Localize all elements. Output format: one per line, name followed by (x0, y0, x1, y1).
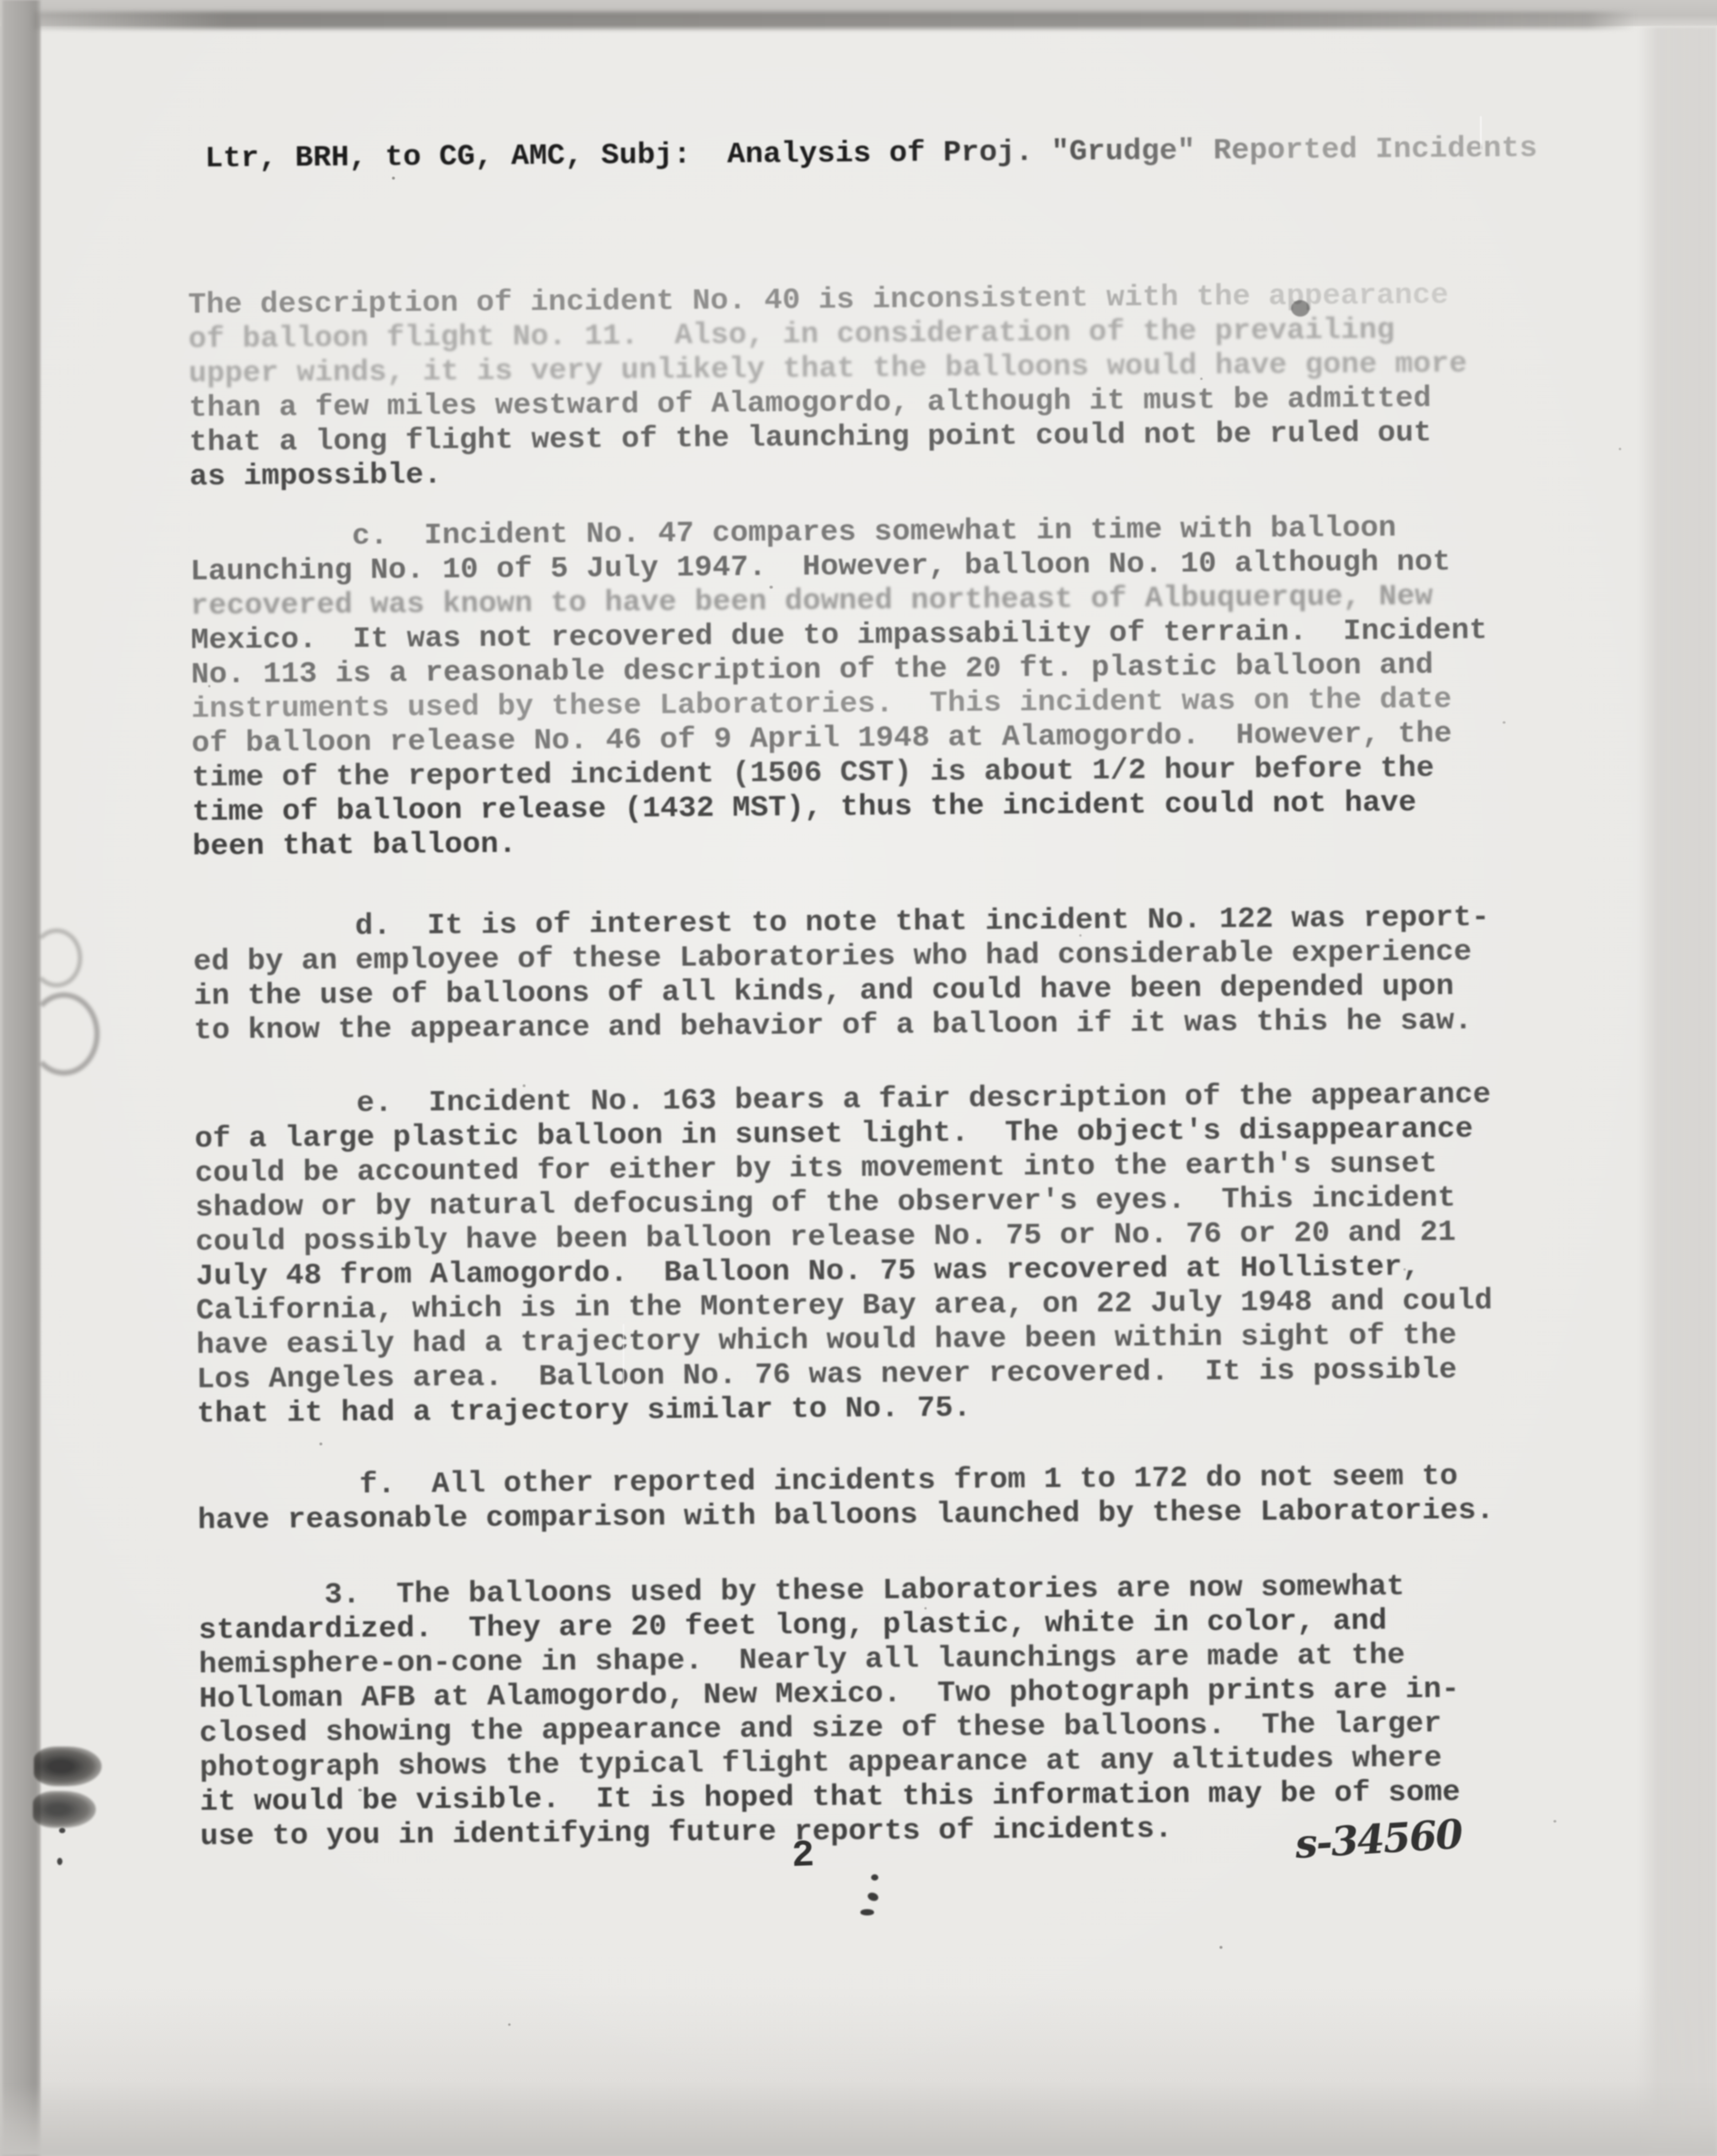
punch-hole-scribble (33, 1791, 96, 1828)
scan-scratch (1480, 116, 1482, 150)
ink-fleck (57, 1858, 62, 1865)
scan-edge-left (0, 0, 41, 2156)
typed-text-block: Ltr, BRH, to CG, AMC, Subj: Analysis of … (186, 62, 1551, 1853)
ink-fleck (871, 1874, 878, 1881)
dust-speck (1619, 448, 1621, 450)
dust-speck (1553, 1820, 1556, 1822)
punch-hole-scribble (34, 1746, 102, 1786)
scan-edge-bottom (0, 2083, 1717, 2156)
dust-speck (319, 1442, 322, 1445)
scan-smudge-top (34, 12, 1636, 29)
dust-speck (271, 738, 275, 741)
dust-speck (1200, 378, 1203, 380)
dust-speck (1503, 721, 1506, 724)
dust-speck (1079, 934, 1082, 937)
dust-speck (1220, 1946, 1222, 1949)
dust-speck (1403, 1268, 1406, 1271)
ink-fleck (860, 1909, 874, 1915)
ink-fleck (59, 1828, 65, 1833)
scan-scratch (623, 1324, 624, 1387)
document-header-line: Ltr, BRH, to CG, AMC, Subj: Analysis of … (187, 131, 1537, 176)
dust-speck (924, 1607, 927, 1609)
ink-smudge (1291, 300, 1310, 317)
dust-speck (523, 1084, 526, 1087)
page-number: 2 (791, 1834, 815, 1878)
dust-speck (358, 1789, 362, 1792)
punch-hole-smudge (31, 928, 82, 987)
dust-speck (392, 177, 395, 180)
dust-speck (208, 685, 211, 687)
punch-hole-smudge (28, 992, 100, 1076)
dust-speck (508, 2023, 511, 2026)
dust-speck (769, 586, 773, 589)
scan-edge-right (1638, 27, 1717, 2156)
